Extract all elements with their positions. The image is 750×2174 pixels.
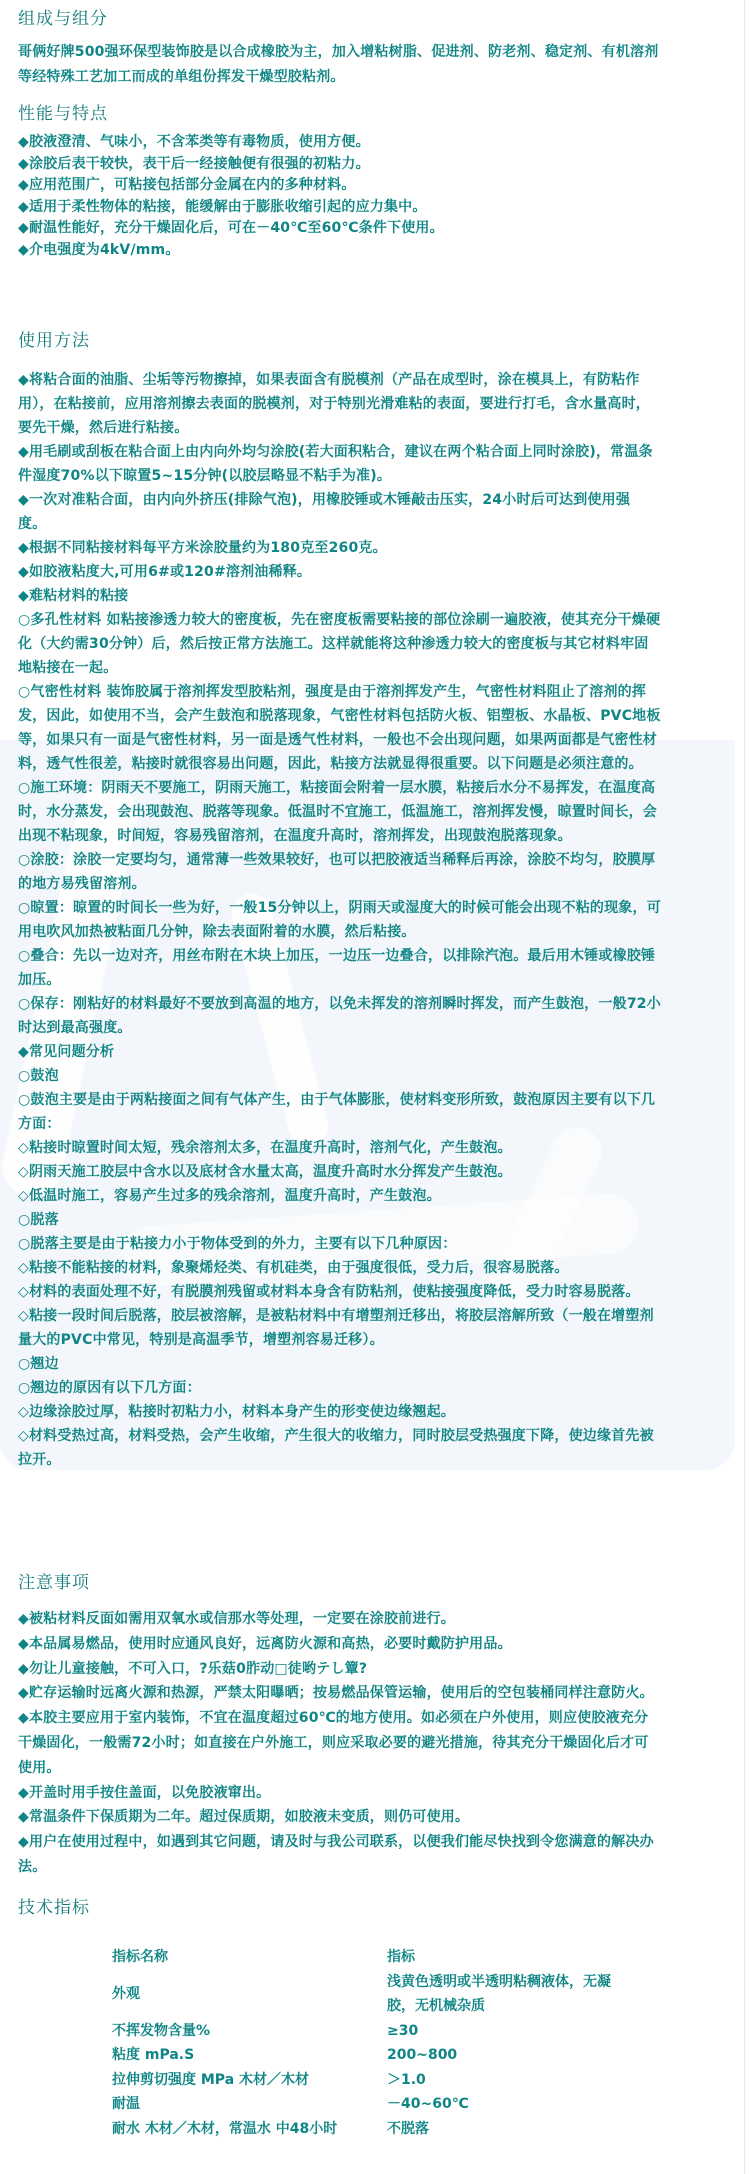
table-row: 拉伸剪切强度 MPa 木材／木材 ＞1.0 [112, 2068, 647, 2093]
composition-body: 哥俩好牌500强环保型装饰胶是以合成橡胶为主，加入增粘树脂、促进剂、防老剂、稳定… [18, 40, 733, 89]
specs-header-name: 指标名称 [112, 1945, 387, 1970]
product-document: 组成与组分 哥俩好牌500强环保型装饰胶是以合成橡胶为主，加入增粘树脂、促进剂、… [0, 0, 745, 2174]
spec-name: 外观 [112, 1970, 387, 2019]
table-row: 耐水 木材／木材，常温水 中48小时 不脱落 [112, 2117, 647, 2142]
note-line: ◆本胶主要应用于室内装饰，不宜在温度超过60℃的地方使用。如必须在户外使用，则应… [18, 1706, 740, 1731]
notes-body: ◆被粘材料反面如需用双氧水或信那水等处理，一定要在涂胶前进行。 ◆本品属易燃品，… [18, 1607, 740, 1880]
usage-line: ◆难粘材料的粘接 [18, 584, 740, 608]
note-line: 使用。 [18, 1756, 740, 1781]
usage-line: ◆根据不同粘接材料每平方米涂胶量约为180克至260克。 [18, 536, 740, 560]
section-title-specs: 技术指标 [18, 1897, 90, 1919]
section-title-notes: 注意事项 [18, 1572, 90, 1594]
usage-line: ◆用毛刷或刮板在粘合面上由内向外均匀涂胶(若大面积粘合，建议在两个粘合面上同时涂… [18, 440, 740, 464]
usage-line: ○保存：刚粘好的材料最好不要放到高温的地方，以免未挥发的溶剂瞬时挥发，而产生鼓泡… [18, 992, 740, 1016]
usage-body: ◆将粘合面的油脂、尘垢等污物擦掉，如果表面含有脱模剂（产品在成型时，涂在模具上，… [18, 368, 740, 1472]
feature-item: ◆涂胶后表干较快，表干后一经接触便有很强的初粘力。 [18, 154, 733, 176]
usage-line: ○脱落 [18, 1208, 740, 1232]
note-line: 法。 [18, 1855, 740, 1880]
note-line: 干燥固化，一般需72小时；如直接在户外施工，则应采取必要的避光措施，待其充分干燥… [18, 1731, 740, 1756]
usage-line: ○脱落主要是由于粘接力小于物体受到的外力，主要有以下几种原因： [18, 1232, 740, 1256]
usage-line: 方面： [18, 1112, 740, 1136]
note-line: ◆开盖时用手按住盖面，以免胶液窜出。 [18, 1781, 740, 1806]
usage-line: ○涂胶：涂胶一定要均匀，通常薄一些效果较好，也可以把胶液适当稀释后再涂，涂胶不均… [18, 848, 740, 872]
usage-line: 时，水分蒸发，会出现鼓泡、脱落等现象。低温时不宜施工，低温施工，溶剂挥发慢，晾置… [18, 800, 740, 824]
table-row: 粘度 mPa.S 200~800 [112, 2043, 647, 2068]
spec-name: 不挥发物含量% [112, 2019, 387, 2044]
paragraph-line: 哥俩好牌500强环保型装饰胶是以合成橡胶为主，加入增粘树脂、促进剂、防老剂、稳定… [18, 40, 733, 65]
usage-line: ○鼓泡主要是由于两粘接面之间有气体产生，由于气体膨胀，使材料变形所致，鼓泡原因主… [18, 1088, 740, 1112]
specs-header-value: 指标 [387, 1945, 647, 1970]
section-title-usage: 使用方法 [18, 330, 90, 352]
usage-line: ◆如胶液粘度大,可用6#或120#溶剂油稀释。 [18, 560, 740, 584]
note-line: ◆贮存运输时远离火源和热源，严禁太阳曝晒；按易燃品保管运输，使用后的空包装桶同样… [18, 1681, 740, 1706]
spec-name: 粘度 mPa.S [112, 2043, 387, 2068]
spec-value-line: 浅黄色透明或半透明粘稠液体，无凝 [387, 1970, 647, 1995]
usage-line: ◆一次对准粘合面，由内向外挤压(排除气泡)，用橡胶锤或木锤敲击压实，24小时后可… [18, 488, 740, 512]
spec-name: 拉伸剪切强度 MPa 木材／木材 [112, 2068, 387, 2093]
specs-table: 指标名称 指标 外观 浅黄色透明或半透明粘稠液体，无凝 胶，无机械杂质 不挥发物… [112, 1945, 647, 2141]
feature-item: ◆应用范围广，可粘接包括部分金属在内的多种材料。 [18, 175, 733, 197]
usage-line: 化（大约需30分钟）后，然后按正常方法施工。这样就能将这种渗透力较大的密度板与其… [18, 632, 740, 656]
usage-line: 拉开。 [18, 1448, 740, 1472]
feature-item: ◆适用于柔性物体的粘接，能缓解由于膨胀收缩引起的应力集中。 [18, 197, 733, 219]
feature-item: ◆介电强度为4kV/mm。 [18, 240, 733, 262]
note-line: ◆本品属易燃品，使用时应通风良好，远离防火源和高热，必要时戴防护用品。 [18, 1632, 740, 1657]
usage-line: ○鼓泡 [18, 1064, 740, 1088]
usage-line: 件湿度70%以下晾置5~15分钟(以胶层略显不粘手为准)。 [18, 464, 740, 488]
usage-line: 出现不粘现象，时间短，容易残留溶剂，在温度升高时，溶剂挥发，出现鼓泡脱落现象。 [18, 824, 740, 848]
usage-line: 地粘接在一起。 [18, 656, 740, 680]
usage-line: ○施工环境：阴雨天不要施工，阴雨天施工，粘接面会附着一层水膜，粘接后水分不易挥发… [18, 776, 740, 800]
usage-line: 要先干燥，然后进行粘接。 [18, 416, 740, 440]
paragraph-line: 等经特殊工艺加工而成的单组份挥发干燥型胶粘剂。 [18, 65, 733, 90]
usage-line: 时达到最高强度。 [18, 1016, 740, 1040]
spec-name: 耐温 [112, 2092, 387, 2117]
table-row: 外观 浅黄色透明或半透明粘稠液体，无凝 胶，无机械杂质 [112, 1970, 647, 2019]
feature-item: ◆耐温性能好，充分干燥固化后，可在－40℃至60℃条件下使用。 [18, 218, 733, 240]
feature-item: ◆胶液澄清、气味小，不含苯类等有毒物质，使用方便。 [18, 132, 733, 154]
usage-line: ◆常见问题分析 [18, 1040, 740, 1064]
usage-line: ◇粘接不能粘接的材料，象聚烯烃类、有机硅类，由于强度很低，受力后，很容易脱落。 [18, 1256, 740, 1280]
usage-line: 发，因此，如使用不当，会产生鼓泡和脱落现象，气密性材料包括防火板、铝塑板、水晶板… [18, 704, 740, 728]
usage-line: ○气密性材料 装饰胶属于溶剂挥发型胶粘剂，强度是由于溶剂挥发产生，气密性材料阻止… [18, 680, 740, 704]
usage-line: ◇材料受热过高，材料受热，会产生收缩，产生很大的收缩力，同时胶层受热强度下降，使… [18, 1424, 740, 1448]
page-right-border [744, 0, 750, 2174]
usage-line: ◆将粘合面的油脂、尘垢等污物擦掉，如果表面含有脱模剂（产品在成型时，涂在模具上，… [18, 368, 740, 392]
usage-line: 用），在粘接前，应用溶剂擦去表面的脱模剂，对于特别光滑难粘的表面，要进行打毛，含… [18, 392, 740, 416]
usage-line: 等，如果只有一面是气密性材料，另一面是透气性材料，一般也不会出现问题，如果两面都… [18, 728, 740, 752]
usage-line: ◇粘接时晾置时间太短，残余溶剂太多，在温度升高时，溶剂气化，产生鼓泡。 [18, 1136, 740, 1160]
usage-line: ○多孔性材料 如粘接渗透力较大的密度板，先在密度板需要粘接的部位涂刷一遍胶液，使… [18, 608, 740, 632]
usage-line: ◇边缘涂胶过厚，粘接时初粘力小，材料本身产生的形变使边缘翘起。 [18, 1400, 740, 1424]
note-line: ◆常温条件下保质期为二年。超过保质期，如胶液未变质，则仍可使用。 [18, 1805, 740, 1830]
note-line: ◆用户在使用过程中，如遇到其它问题，请及时与我公司联系，以便我们能尽快找到令您满… [18, 1830, 740, 1855]
usage-line: ◇低温时施工，容易产生过多的残余溶剂，温度升高时，产生鼓泡。 [18, 1184, 740, 1208]
usage-line: 料，透气性很差，粘接时就很容易出问题，因此，粘接方法就显得很重要。以下问题是必须… [18, 752, 740, 776]
specs-header-row: 指标名称 指标 [112, 1945, 647, 1970]
spec-name: 耐水 木材／木材，常温水 中48小时 [112, 2117, 387, 2142]
usage-line: ◇材料的表面处理不好，有脱膜剂残留或材料本身含有防粘剂，使粘接强度降低，受力时容… [18, 1280, 740, 1304]
table-row: 耐温 －40~60℃ [112, 2092, 647, 2117]
spec-value: 浅黄色透明或半透明粘稠液体，无凝 胶，无机械杂质 [387, 1970, 647, 2019]
section-title-features: 性能与特点 [18, 103, 108, 125]
spec-value: ≥30 [387, 2019, 647, 2044]
usage-line: 用电吹风加热被粘面几分钟，除去表面附着的水膜，然后粘接。 [18, 920, 740, 944]
usage-line: ○晾置：晾置的时间长一些为好，一般15分钟以上，阴雨天或湿度大的时候可能会出现不… [18, 896, 740, 920]
features-list: ◆胶液澄清、气味小，不含苯类等有毒物质，使用方便。 ◆涂胶后表干较快，表干后一经… [18, 132, 733, 261]
spec-value-line: 胶，无机械杂质 [387, 1994, 647, 2019]
usage-line: 度。 [18, 512, 740, 536]
note-line: ◆被粘材料反面如需用双氧水或信那水等处理，一定要在涂胶前进行。 [18, 1607, 740, 1632]
usage-line: ○叠合：先以一边对齐，用丝布附在木块上加压，一边压一边叠合，以排除汽泡。最后用木… [18, 944, 740, 968]
usage-line: ○翘边 [18, 1352, 740, 1376]
spec-value: 不脱落 [387, 2117, 647, 2142]
usage-line: 加压。 [18, 968, 740, 992]
spec-value: －40~60℃ [387, 2092, 647, 2117]
spec-value: 200~800 [387, 2043, 647, 2068]
note-line: ◆勿让儿童接触，不可入口，?乐菇0胙动□徒哟テし簟? [18, 1657, 740, 1682]
section-title-composition: 组成与组分 [18, 8, 108, 30]
usage-line: 的地方易残留溶剂。 [18, 872, 740, 896]
spec-value: ＞1.0 [387, 2068, 647, 2093]
usage-line: ○翘边的原因有以下几方面： [18, 1376, 740, 1400]
usage-line: 量大的PVC中常见，特别是高温季节，增塑剂容易迁移）。 [18, 1328, 740, 1352]
table-row: 不挥发物含量% ≥30 [112, 2019, 647, 2044]
usage-line: ◇阴雨天施工胶层中含水以及底材含水量太高，温度升高时水分挥发产生鼓泡。 [18, 1160, 740, 1184]
usage-line: ◇粘接一段时间后脱落，胶层被溶解，是被粘材料中有增塑剂迁移出，将胶层溶解所致（一… [18, 1304, 740, 1328]
